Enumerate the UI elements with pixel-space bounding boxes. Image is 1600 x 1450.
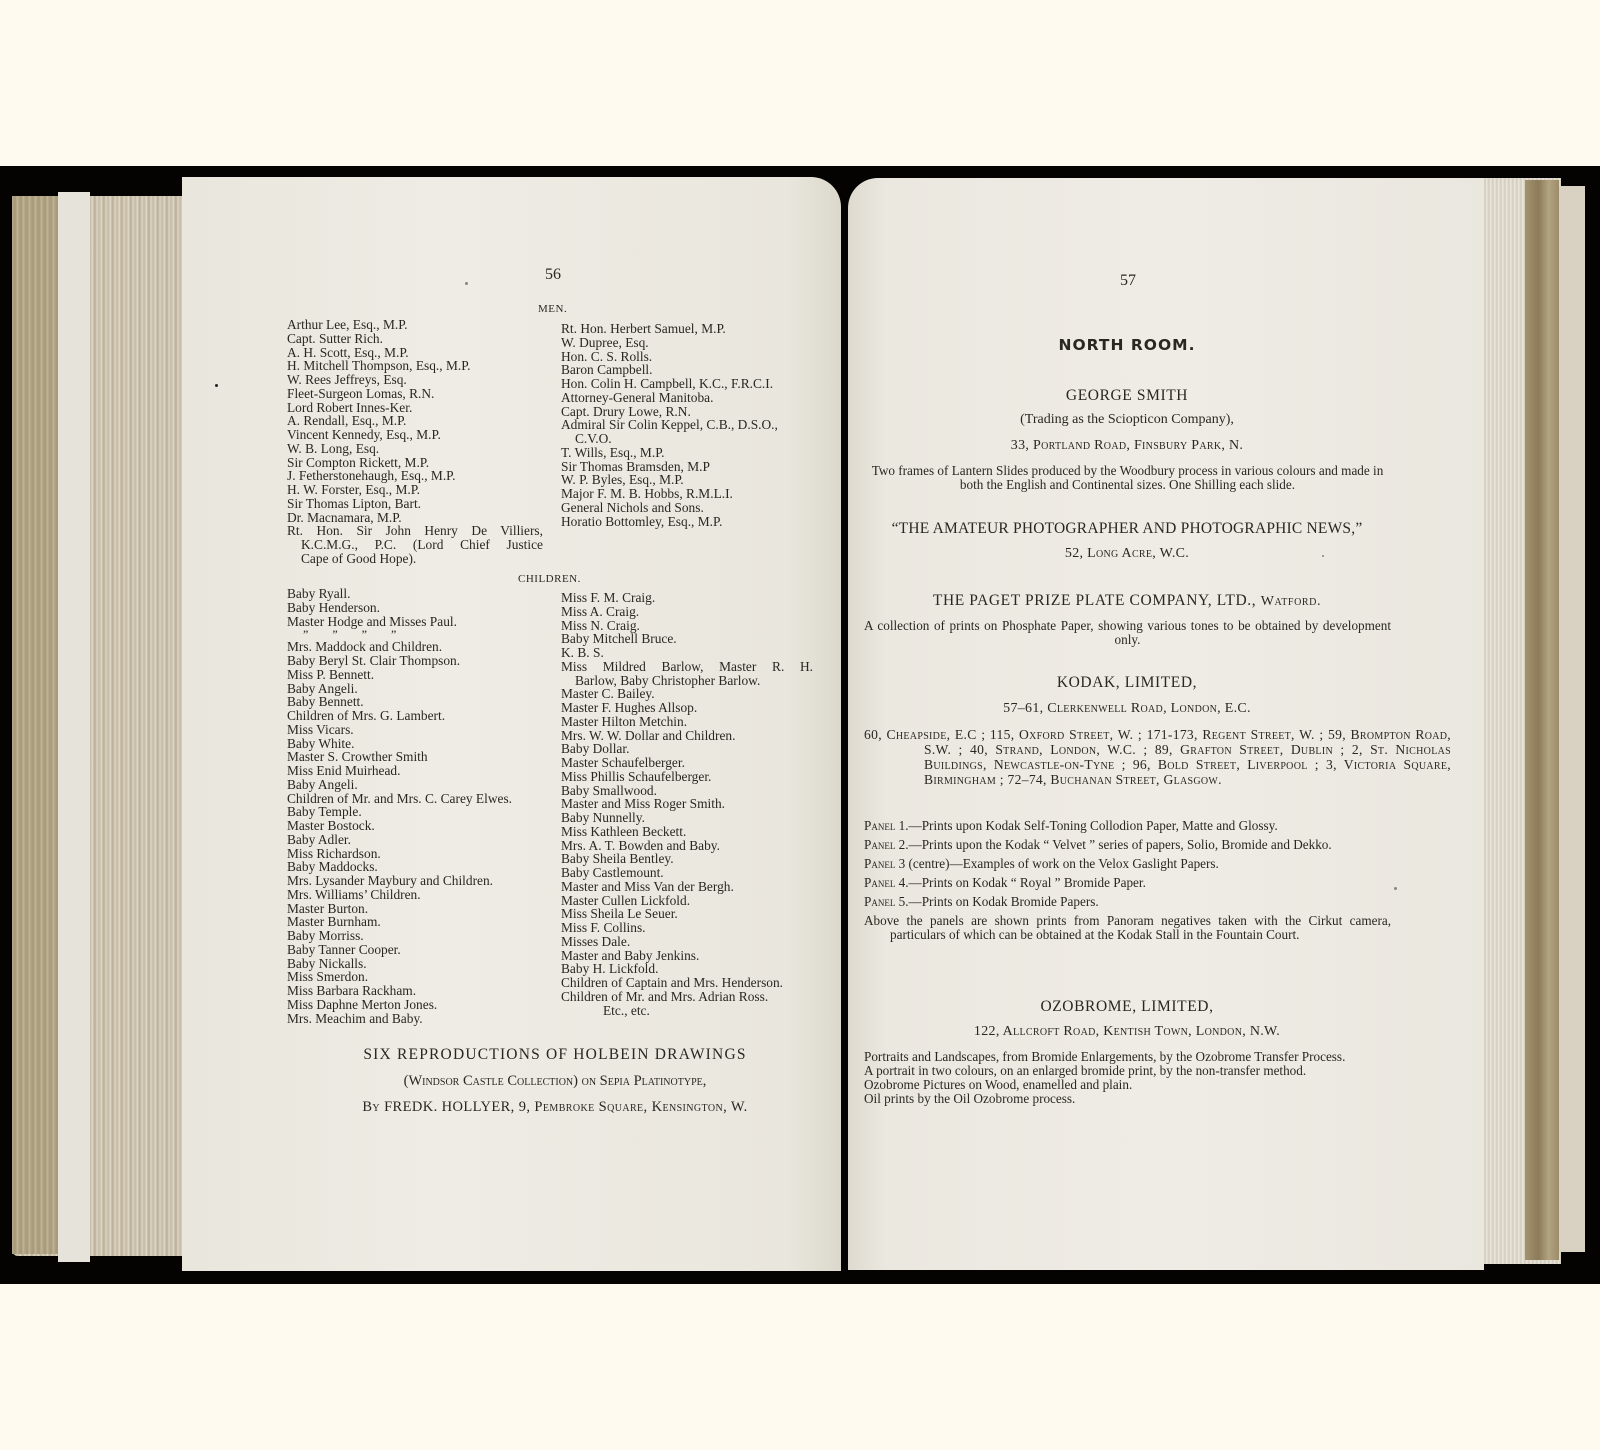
- list-item: Baby Nunnelly.: [561, 811, 813, 825]
- list-item: Baby Dollar.: [561, 742, 813, 756]
- men-column-2: Rt. Hon. Herbert Samuel, M.P. W. Dupree,…: [561, 322, 811, 528]
- list-item: Miss Sheila Le Seuer.: [561, 907, 813, 921]
- panel-text: Prints on Kodak Bromide Papers.: [922, 894, 1099, 909]
- list-item: K.C.M.G., P.C. (Lord Chief Justice: [287, 538, 543, 552]
- list-item: Hon. Colin H. Campbell, K.C., F.R.C.I.: [561, 377, 811, 391]
- list-item: A. Rendall, Esq., M.P.: [287, 414, 543, 428]
- list-item: W. B. Long, Esq.: [287, 442, 543, 456]
- list-item: Children of Mr. and Mrs. C. Carey Elwes.: [287, 792, 547, 806]
- exhibitor-location-paget: Watford.: [1261, 594, 1321, 609]
- section-heading-men: MEN.: [538, 303, 567, 315]
- list-item: Miss Daphne Merton Jones.: [287, 998, 547, 1012]
- list-item: Baby Temple.: [287, 805, 547, 819]
- list-item: Miss F. Collins.: [561, 921, 813, 935]
- holbein-subtitle: (Windsor Castle Collection) on Sepia Pla…: [290, 1073, 820, 1090]
- list-item: Baby Castlemount.: [561, 866, 813, 880]
- holbein-byline: By FREDK. HOLLYER, 9, Pembroke Square, K…: [290, 1099, 820, 1116]
- list-item: Baby Tanner Cooper.: [287, 943, 547, 957]
- list-item: J. Fetherstonehaugh, Esq., M.P.: [287, 469, 543, 483]
- byline-address: 9, Pembroke Square, Kensington, W.: [519, 1099, 748, 1115]
- list-item: Cape of Good Hope).: [287, 552, 543, 566]
- left-page-block-edges: [12, 196, 182, 1256]
- list-item: Miss Mildred Barlow, Master R. H.: [561, 660, 813, 674]
- paper-speck: [465, 282, 468, 285]
- panel-number: 1.—: [899, 818, 922, 833]
- list-item: Baby Mitchell Bruce.: [561, 632, 813, 646]
- list-item: Mrs. Williams’ Children.: [287, 888, 547, 902]
- list-item: Miss Smerdon.: [287, 970, 547, 984]
- list-item: Horatio Bottomley, Esq., M.P.: [561, 515, 811, 529]
- list-item: Mrs. A. T. Bowden and Baby.: [561, 839, 813, 853]
- list-item: A portrait in two colours, on an enlarge…: [864, 1064, 1391, 1078]
- panel-item: Panel 1.—Prints upon Kodak Self-Toning C…: [864, 819, 1391, 833]
- panel-item: Panel 5.—Prints on Kodak Bromide Papers.: [864, 895, 1391, 909]
- list-item: Master Hilton Metchin.: [561, 715, 813, 729]
- list-item: W. Dupree, Esq.: [561, 336, 811, 350]
- list-item: Major F. M. B. Hobbs, R.M.L.I.: [561, 487, 811, 501]
- panel-item: Panel 2.—Prints upon the Kodak “ Velvet …: [864, 838, 1391, 852]
- list-item: Master Burton.: [287, 902, 547, 916]
- list-item: Attorney-General Manitoba.: [561, 391, 811, 405]
- list-item: Mrs. Meachim and Baby.: [287, 1012, 547, 1026]
- paper-speck: [215, 384, 218, 387]
- men-column-1: Arthur Lee, Esq., M.P. Capt. Sutter Rich…: [287, 318, 543, 566]
- exhibitor-trading-as: (Trading as the Sciopticon Company),: [864, 412, 1390, 428]
- list-item: Baby Beryl St. Clair Thompson.: [287, 654, 547, 668]
- byline-prefix: By: [362, 1099, 380, 1115]
- list-item: Ozobrome Pictures on Wood, enamelled and…: [864, 1078, 1391, 1092]
- list-item: General Nichols and Sons.: [561, 501, 811, 515]
- page-number-right: 57: [1120, 272, 1136, 290]
- list-item: Dr. Macnamara, M.P.: [287, 511, 543, 525]
- section-heading-children: CHILDREN.: [518, 573, 581, 585]
- children-column-2: Miss F. M. Craig. Miss A. Craig. Miss N.…: [561, 591, 813, 1017]
- list-item: Fleet-Surgeon Lomas, R.N.: [287, 387, 543, 401]
- list-item: Baby Ryall.: [287, 587, 547, 601]
- list-item: Miss F. M. Craig.: [561, 591, 813, 605]
- list-item: Admiral Sir Colin Keppel, C.B., D.S.O.,: [561, 418, 811, 432]
- exhibitor-name-kodak: KODAK, LIMITED,: [864, 674, 1390, 692]
- list-item: Miss Phillis Schaufelberger.: [561, 770, 813, 784]
- children-column-1: Baby Ryall. Baby Henderson. Master Hodge…: [287, 587, 547, 1025]
- list-item: Miss P. Bennett.: [287, 668, 547, 682]
- list-item: Miss A. Craig.: [561, 605, 813, 619]
- exhibitor-paget: THE PAGET PRIZE PLATE COMPANY, LTD., Wat…: [864, 592, 1390, 610]
- panel-number: 3: [899, 856, 906, 871]
- ozobrome-items: Portraits and Landscapes, from Bromide E…: [864, 1050, 1391, 1106]
- list-item: Baby Sheila Bentley.: [561, 852, 813, 866]
- list-item: Rt. Hon. Herbert Samuel, M.P.: [561, 322, 811, 336]
- exhibitor-name-paget: THE PAGET PRIZE PLATE COMPANY, LTD.,: [933, 592, 1256, 609]
- list-item: Miss Enid Muirhead.: [287, 764, 547, 778]
- list-item: Master Hodge and Misses Paul.: [287, 615, 547, 629]
- list-item: Sir Compton Rickett, M.P.: [287, 456, 543, 470]
- list-item: Baby Henderson.: [287, 601, 547, 615]
- list-item: Portraits and Landscapes, from Bromide E…: [864, 1050, 1391, 1064]
- list-item: Baby Angeli.: [287, 682, 547, 696]
- list-item: Master and Baby Jenkins.: [561, 949, 813, 963]
- list-item: Baby Bennett.: [287, 695, 547, 709]
- paper-speck: [1394, 887, 1397, 890]
- exhibitor-name-amateur-photographer: “THE AMATEUR PHOTOGRAPHER AND PHOTOGRAPH…: [864, 520, 1390, 538]
- list-item: Misses Dale.: [561, 935, 813, 949]
- panel-label: Panel: [864, 818, 895, 833]
- list-item: C.V.O.: [561, 432, 811, 446]
- list-item: Sir Thomas Lipton, Bart.: [287, 497, 543, 511]
- kodak-panels: Panel 1.—Prints upon Kodak Self-Toning C…: [864, 819, 1391, 947]
- list-item: Hon. C. S. Rolls.: [561, 350, 811, 364]
- list-item: Mrs. Maddock and Children.: [287, 640, 547, 654]
- list-item: Vincent Kennedy, Esq., M.P.: [287, 428, 543, 442]
- list-item: H. Mitchell Thompson, Esq., M.P.: [287, 359, 543, 373]
- list-item: Rt. Hon. Sir John Henry De Villiers,: [287, 524, 543, 538]
- list-item: Baby Maddocks.: [287, 860, 547, 874]
- list-item: Master Bostock.: [287, 819, 547, 833]
- list-item: Master Schaufelberger.: [561, 756, 813, 770]
- list-item: Barlow, Baby Christopher Barlow.: [561, 674, 813, 688]
- list-item: Arthur Lee, Esq., M.P.: [287, 318, 543, 332]
- panel-text: Prints upon the Kodak “ Velvet ” series …: [922, 837, 1332, 852]
- list-item: Mrs. W. W. Dollar and Children.: [561, 729, 813, 743]
- panel-label: Panel: [864, 875, 895, 890]
- list-item: Miss Kathleen Beckett.: [561, 825, 813, 839]
- list-item: Master and Miss Van der Bergh.: [561, 880, 813, 894]
- list-item: H. W. Forster, Esq., M.P.: [287, 483, 543, 497]
- list-item: Etc., etc.: [561, 1004, 813, 1018]
- list-item: Baby Morriss.: [287, 929, 547, 943]
- panel-number: 5.—: [899, 894, 922, 909]
- panel-label: Panel: [864, 894, 895, 909]
- list-item: Miss Vicars.: [287, 723, 547, 737]
- panel-number: 4.—: [899, 875, 922, 890]
- list-item: Children of Captain and Mrs. Henderson.: [561, 976, 813, 990]
- list-item: Baby Adler.: [287, 833, 547, 847]
- page-number-left: 56: [545, 266, 561, 284]
- panel-text: (centre)—Examples of work on the Velox G…: [909, 856, 1219, 871]
- list-item: Lord Robert Innes-Ker.: [287, 401, 543, 415]
- byline-name: FREDK. HOLLYER,: [384, 1099, 515, 1115]
- panel-text: Prints upon Kodak Self-Toning Collodion …: [922, 818, 1278, 833]
- list-item: Oil prints by the Oil Ozobrome process.: [864, 1092, 1391, 1106]
- list-item: Children of Mr. and Mrs. Adrian Ross.: [561, 990, 813, 1004]
- list-item: Children of Mrs. G. Lambert.: [287, 709, 547, 723]
- list-item: Master F. Hughes Allsop.: [561, 701, 813, 715]
- list-item: Master Cullen Lickfold.: [561, 894, 813, 908]
- panel-item: Panel 4.—Prints on Kodak “ Royal ” Bromi…: [864, 876, 1391, 890]
- list-item: Miss Richardson.: [287, 847, 547, 861]
- exhibitor-address-kodak: 57–61, Clerkenwell Road, London, E.C.: [864, 701, 1390, 717]
- list-item: Baby Nickalls.: [287, 957, 547, 971]
- holbein-title: SIX REPRODUCTIONS OF HOLBEIN DRAWINGS: [290, 1046, 820, 1064]
- exhibitor-address-amateur-photographer: 52, Long Acre, W.C.: [864, 546, 1390, 562]
- exhibitor-description-george-smith: Two frames of Lantern Slides produced by…: [864, 464, 1391, 492]
- panel-label: Panel: [864, 837, 895, 852]
- list-item: Baron Campbell.: [561, 363, 811, 377]
- panel-text: Prints on Kodak “ Royal ” Bromide Paper.: [922, 875, 1146, 890]
- panel-number: 2.—: [899, 837, 922, 852]
- paper-speck: [1322, 555, 1324, 557]
- list-item: T. Wills, Esq., M.P.: [561, 446, 811, 460]
- list-item: Baby Angeli.: [287, 778, 547, 792]
- kodak-note: Above the panels are shown prints from P…: [864, 914, 1391, 942]
- list-item: Baby White.: [287, 737, 547, 751]
- exhibitor-address-george-smith: 33, Portland Road, Finsbury Park, N.: [864, 438, 1390, 454]
- list-item: Master Burnham.: [287, 915, 547, 929]
- list-item: K. B. S.: [561, 646, 813, 660]
- exhibitor-name-ozobrome: OZOBROME, LIMITED,: [864, 998, 1390, 1016]
- list-item: Sir Thomas Bramsden, M.P: [561, 460, 811, 474]
- list-item: Master and Miss Roger Smith.: [561, 797, 813, 811]
- list-item: Miss Barbara Rackham.: [287, 984, 547, 998]
- list-item: Capt. Sutter Rich.: [287, 332, 543, 346]
- list-item: Master S. Crowther Smith: [287, 750, 547, 764]
- exhibitor-description-paget: A collection of prints on Phosphate Pape…: [864, 619, 1391, 647]
- exhibitor-address-ozobrome: 122, Allcroft Road, Kentish Town, London…: [864, 1024, 1390, 1040]
- list-item: Baby H. Lickfold.: [561, 962, 813, 976]
- room-title: NORTH ROOM.: [864, 336, 1390, 354]
- exhibitor-name-george-smith: GEORGE SMITH: [864, 387, 1390, 405]
- list-item: A. H. Scott, Esq., M.P.: [287, 346, 543, 360]
- list-item: Baby Smallwood.: [561, 784, 813, 798]
- panel-item: Panel 3 (centre)—Examples of work on the…: [864, 857, 1391, 871]
- panel-label: Panel: [864, 856, 895, 871]
- list-item: W. P. Byles, Esq., M.P.: [561, 473, 811, 487]
- list-item: Mrs. Lysander Maybury and Children.: [287, 874, 547, 888]
- list-item: Master C. Bailey.: [561, 687, 813, 701]
- list-item: Capt. Drury Lowe, R.N.: [561, 405, 811, 419]
- list-item: Miss N. Craig.: [561, 619, 813, 633]
- kodak-branches: 60, Cheapside, E.C ; 115, Oxford Street,…: [864, 727, 1451, 787]
- right-page-block-edges: [1483, 178, 1561, 1264]
- list-item: W. Rees Jeffreys, Esq.: [287, 373, 543, 387]
